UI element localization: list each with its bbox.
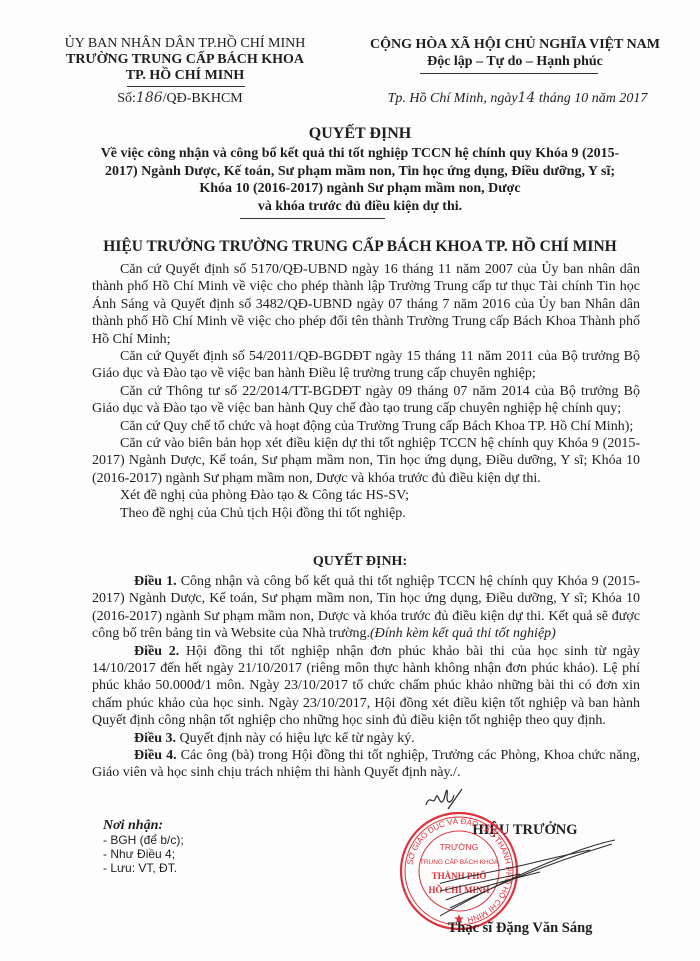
issue-date: Tp. Hồ Chí Minh, ngày14 tháng 10 năm 201… [355,90,680,107]
preamble-item: Theo đề nghị của Chủ tịch Hội đồng thi t… [92,505,640,522]
article-1: Điều 1. Công nhận và công bố kết quả thi… [92,573,640,643]
document-page: ỦY BAN NHÂN DÂN TP.HỒ CHÍ MINH TRƯỜNG TR… [0,0,700,961]
recipients-title: Nơi nhận: [103,819,184,833]
article-text: Quyết định này có hiệu lực kể từ ngày ký… [180,731,415,746]
issuer-authority: ỦY BAN NHÂN DÂN TP.HỒ CHÍ MINH [60,36,310,52]
recipient-item: - Như Điều 4; [103,847,184,861]
number-suffix: /QĐ-BKHCM [163,91,243,106]
issuer-city: TP. HỒ CHÍ MINH [60,68,310,84]
signer-name: Thạc sĩ Đặng Văn Sáng [400,920,640,937]
issuer-underline [127,86,245,87]
subject-line: 2017) Ngành Dược, Kế toán, Sư phạm mầm n… [60,163,660,181]
preamble-item: Xét đề nghị của phòng Đào tạo & Công tác… [92,487,640,504]
preamble-item: Căn cứ Quyết định số 54/2011/QĐ-BGDĐT ng… [92,348,640,383]
preamble-item: Căn cứ Thông tư số 22/2014/TT-BGDĐT ngày… [92,383,640,418]
national-motto-block: CỘNG HÒA XÃ HỘI CHỦ NGHĨA VIỆT NAM Độc l… [355,36,675,70]
recipient-item: - Lưu: VT, ĐT. [103,861,184,875]
date-day-handwritten: 14 [518,90,536,106]
date-suffix: tháng 10 năm 2017 [539,91,648,106]
recipient-item: - BGH (để b/c); [103,833,184,847]
subject-line: và khóa trước đủ điều kiện dự thi. [60,198,660,216]
number-prefix: Số: [117,91,136,106]
article-label: Điều 2. [134,644,179,659]
decision-heading: QUYẾT ĐỊNH: [60,554,660,570]
initials-scribble-icon [424,783,464,813]
subject-underline [240,218,385,219]
decision-number: Số:186/QĐ-BKHCM [80,90,280,107]
issuer-school: TRƯỜNG TRUNG CẤP BÁCH KHOA [60,52,310,68]
article-3: Điều 3. Quyết định này có hiệu lực kể từ… [92,730,640,747]
document-subject: Về việc công nhận và công bố kết quả thi… [60,145,660,215]
document-title: QUYẾT ĐỊNH [60,125,660,143]
article-label: Điều 4. [134,748,177,763]
signature-icon [440,838,620,918]
issuer-block: ỦY BAN NHÂN DÂN TP.HỒ CHÍ MINH TRƯỜNG TR… [60,36,310,84]
preamble-item: Căn cứ Quy chế tổ chức và hoạt động của … [92,418,640,435]
article-2: Điều 2. Hội đồng thi tốt nghiệp nhận đơn… [92,643,640,730]
date-prefix: Tp. Hồ Chí Minh, ngày [388,91,518,106]
subject-line: Khóa 10 (2016-2017) ngành Sư phạm mầm no… [60,180,660,198]
article-label: Điều 3. [134,731,176,746]
preamble: Căn cứ Quyết định số 5170/QĐ-UBND ngày 1… [92,261,640,522]
article-4: Điều 4. Các ông (bà) trong Hội đồng thi … [92,747,640,782]
issuing-authority: HIỆU TRƯỞNG TRƯỜNG TRUNG CẤP BÁCH KHOA T… [60,238,660,256]
motto-underline [420,73,598,74]
motto: Độc lập – Tự do – Hạnh phúc [355,53,675,70]
recipients: Nơi nhận: - BGH (để b/c); - Như Điều 4; … [103,819,184,875]
subject-line: Về việc công nhận và công bố kết quả thi… [60,145,660,163]
preamble-item: Căn cứ Quyết định số 5170/QĐ-UBND ngày 1… [92,261,640,348]
number-handwritten: 186 [136,90,163,106]
article-note: (Đính kèm kết quả thi tốt nghiệp) [370,626,556,641]
country-name: CỘNG HÒA XÃ HỘI CHỦ NGHĨA VIỆT NAM [355,36,675,53]
article-label: Điều 1. [134,574,177,589]
preamble-item: Căn cứ vào biên bản họp xét điều kiện dự… [92,435,640,487]
articles: Điều 1. Công nhận và công bố kết quả thi… [92,573,640,782]
